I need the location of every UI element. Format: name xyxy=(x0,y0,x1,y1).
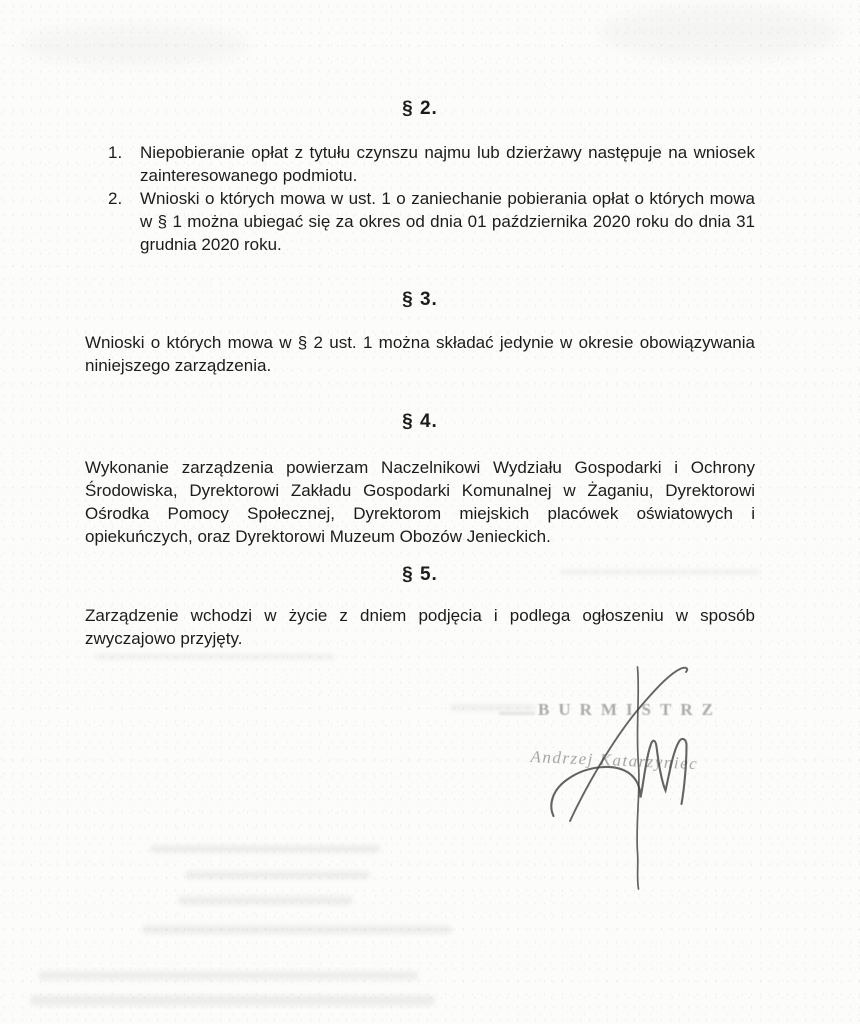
scan-artifact xyxy=(600,5,840,60)
list-item: 2. Wnioski o których mowa w ust. 1 o zan… xyxy=(85,187,755,256)
section-3-heading: § 3. xyxy=(85,287,755,313)
list-item-text: Niepobieranie opłat z tytułu czynszu naj… xyxy=(140,143,755,185)
section-2-heading: § 2. xyxy=(85,96,755,122)
scan-artifact xyxy=(450,704,535,711)
list-item-text: Wnioski o których mowa w ust. 1 o zaniec… xyxy=(140,189,755,254)
section-5-heading: § 5. xyxy=(85,562,755,588)
scan-artifact xyxy=(30,995,435,1006)
scan-artifact xyxy=(150,845,380,853)
section-2-list: 1. Niepobieranie opłat z tytułu czynszu … xyxy=(85,141,755,256)
handwritten-signature xyxy=(530,650,770,910)
scan-artifact xyxy=(178,896,353,905)
section-5-paragraph: Zarządzenie wchodzi w życie z dniem podj… xyxy=(85,604,755,650)
scan-artifact xyxy=(38,971,418,980)
section-3-paragraph: Wnioski o których mowa w § 2 ust. 1 możn… xyxy=(85,331,755,377)
scan-artifact xyxy=(142,925,452,934)
list-item-number: 2. xyxy=(108,187,122,210)
section-4-paragraph: Wykonanie zarządzenia powierzam Naczelni… xyxy=(85,456,755,548)
list-item-number: 1. xyxy=(108,141,122,164)
document-body: § 2. 1. Niepobieranie opłat z tytułu czy… xyxy=(85,96,755,650)
section-4-heading: § 4. xyxy=(85,409,755,435)
scan-artifact xyxy=(20,25,250,65)
scanned-document-page: § 2. 1. Niepobieranie opłat z tytułu czy… xyxy=(0,0,860,1024)
scan-artifact xyxy=(95,653,335,660)
scan-artifact xyxy=(185,871,370,879)
list-item: 1. Niepobieranie opłat z tytułu czynszu … xyxy=(85,141,755,187)
